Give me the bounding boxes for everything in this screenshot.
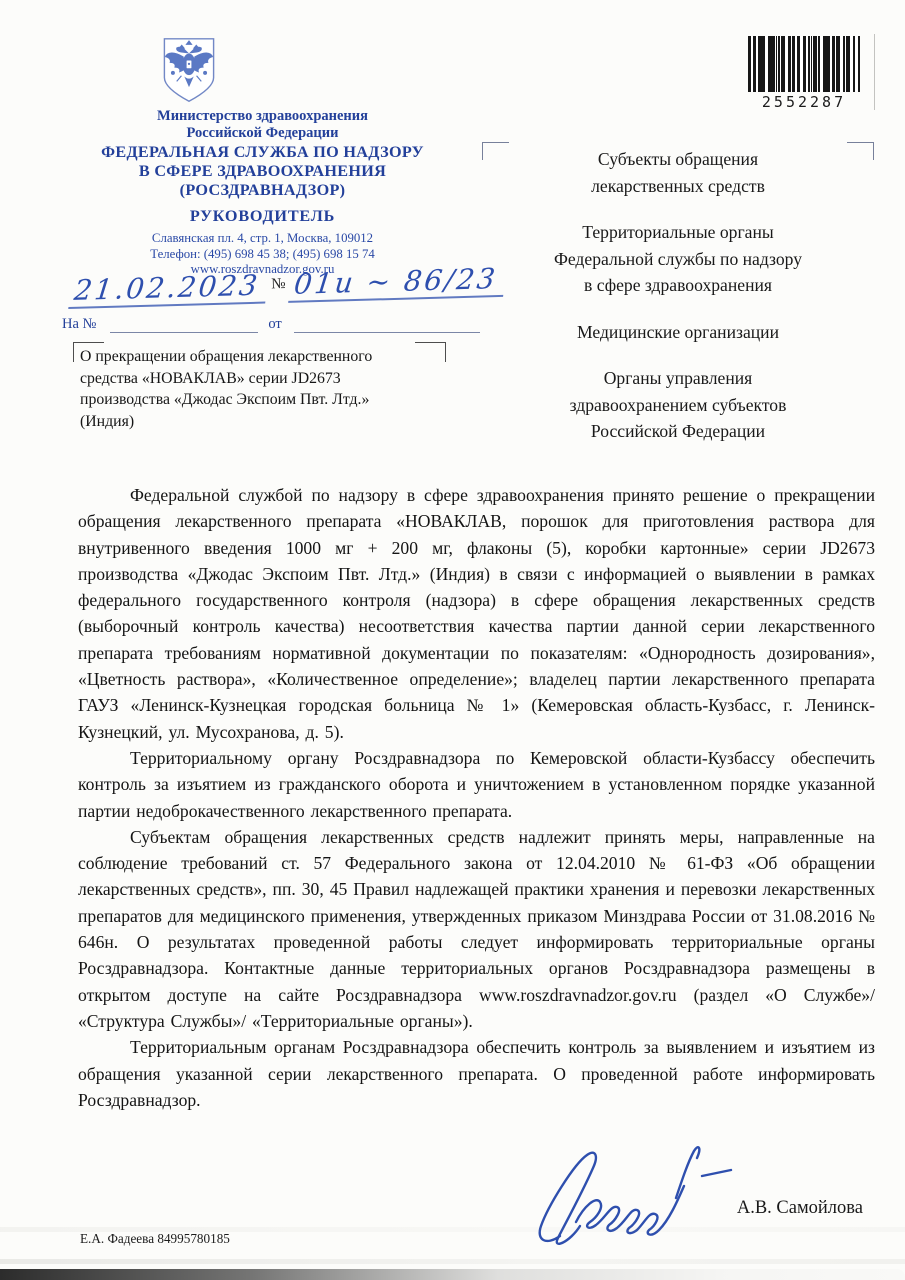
recipient-group: Субъекты обращения лекарственных средств bbox=[482, 146, 874, 199]
subject-block: О прекращении обращения лекарственного с… bbox=[80, 346, 442, 432]
scanned-letter-page: 2552287 Министерство здравоохранения Рос… bbox=[0, 0, 905, 1280]
recipient-line: Территориальные органы bbox=[482, 219, 874, 246]
service-line: В СФЕРЕ ЗДРАВООХРАНЕНИЯ bbox=[60, 162, 465, 181]
ministry-line: Российской Федерации bbox=[60, 125, 465, 142]
reply-label: На № bbox=[62, 316, 96, 332]
position-title: РУКОВОДИТЕЛЬ bbox=[60, 207, 465, 226]
reply-date-blank bbox=[294, 320, 480, 333]
coat-of-arms-icon bbox=[158, 36, 220, 106]
scan-artifact-line bbox=[874, 34, 875, 110]
subject-line: производства «Джодас Экспоим Пвт. Лтд.» bbox=[80, 389, 442, 411]
body-paragraph: Субъектам обращения лекарственных средст… bbox=[78, 824, 875, 1034]
recipient-line: Российской Федерации bbox=[482, 418, 874, 445]
recipient-line: Субъекты обращения bbox=[482, 146, 874, 173]
signer-name: А.В. Самойлова bbox=[737, 1198, 863, 1219]
scan-streak bbox=[0, 1227, 905, 1232]
corner-bracket-icon bbox=[482, 142, 509, 160]
recipient-line: здравоохранением субъектов bbox=[482, 392, 874, 419]
recipients-block: Субъекты обращения лекарственных средств… bbox=[482, 142, 874, 465]
service-line: ФЕДЕРАЛЬНАЯ СЛУЖБА ПО НАДЗОРУ bbox=[60, 143, 465, 162]
subject-line: О прекращении обращения лекарственного bbox=[80, 346, 442, 368]
address-line: Славянская пл. 4, стр. 1, Москва, 109012 bbox=[60, 231, 465, 247]
reply-number-blank bbox=[110, 320, 258, 333]
signature-icon bbox=[530, 1138, 740, 1250]
barcode: 2552287 bbox=[748, 36, 860, 111]
reply-reference: На №от bbox=[62, 316, 492, 333]
recipient-group: Территориальные органы Федеральной служб… bbox=[482, 219, 874, 299]
recipient-group: Органы управления здравоохранением субъе… bbox=[482, 365, 874, 445]
body-paragraph: Территориальному органу Росздравнадзора … bbox=[78, 745, 875, 824]
corner-bracket-icon bbox=[847, 142, 874, 160]
body-paragraph: Федеральной службой по надзору в сфере з… bbox=[78, 482, 875, 745]
letter-body: Федеральной службой по надзору в сфере з… bbox=[78, 482, 875, 1113]
subject-line: (Индия) bbox=[80, 411, 442, 433]
service-name: ФЕДЕРАЛЬНАЯ СЛУЖБА ПО НАДЗОРУ В СФЕРЕ ЗД… bbox=[60, 143, 465, 199]
scan-streak bbox=[0, 1259, 905, 1264]
corner-bracket-icon bbox=[415, 342, 446, 362]
handwritten-date: 21.02.2023 bbox=[68, 270, 269, 309]
executor-contact: Е.А. Фадеева 84995780185 bbox=[80, 1231, 230, 1247]
subject-line: средства «НОВАКЛАВ» серии JD2673 bbox=[80, 368, 442, 390]
ministry-name: Министерство здравоохранения Российской … bbox=[60, 108, 465, 141]
recipient-line: лекарственных средств bbox=[482, 173, 874, 200]
number-sign: № bbox=[271, 276, 286, 293]
scan-shadow bbox=[0, 1269, 905, 1280]
from-label: от bbox=[268, 316, 281, 332]
recipient-line: Федеральной службы по надзору bbox=[482, 246, 874, 273]
phone-line: Телефон: (495) 698 45 38; (495) 698 15 7… bbox=[60, 247, 465, 263]
recipient-line: в сфере здравоохранения bbox=[482, 272, 874, 299]
handwritten-number: 01и ~ 86/23 bbox=[288, 264, 507, 303]
corner-bracket-icon bbox=[73, 342, 104, 362]
service-line: (РОСЗДРАВНАДЗОР) bbox=[60, 181, 465, 200]
recipient-line: Органы управления bbox=[482, 365, 874, 392]
barcode-number: 2552287 bbox=[748, 93, 860, 111]
body-paragraph: Территориальным органам Росздравнадзора … bbox=[78, 1034, 875, 1113]
ministry-line: Министерство здравоохранения bbox=[60, 108, 465, 125]
barcode-icon bbox=[748, 36, 860, 92]
recipient-group: Медицинские организации bbox=[482, 319, 874, 346]
recipient-line: Медицинские организации bbox=[482, 319, 874, 346]
